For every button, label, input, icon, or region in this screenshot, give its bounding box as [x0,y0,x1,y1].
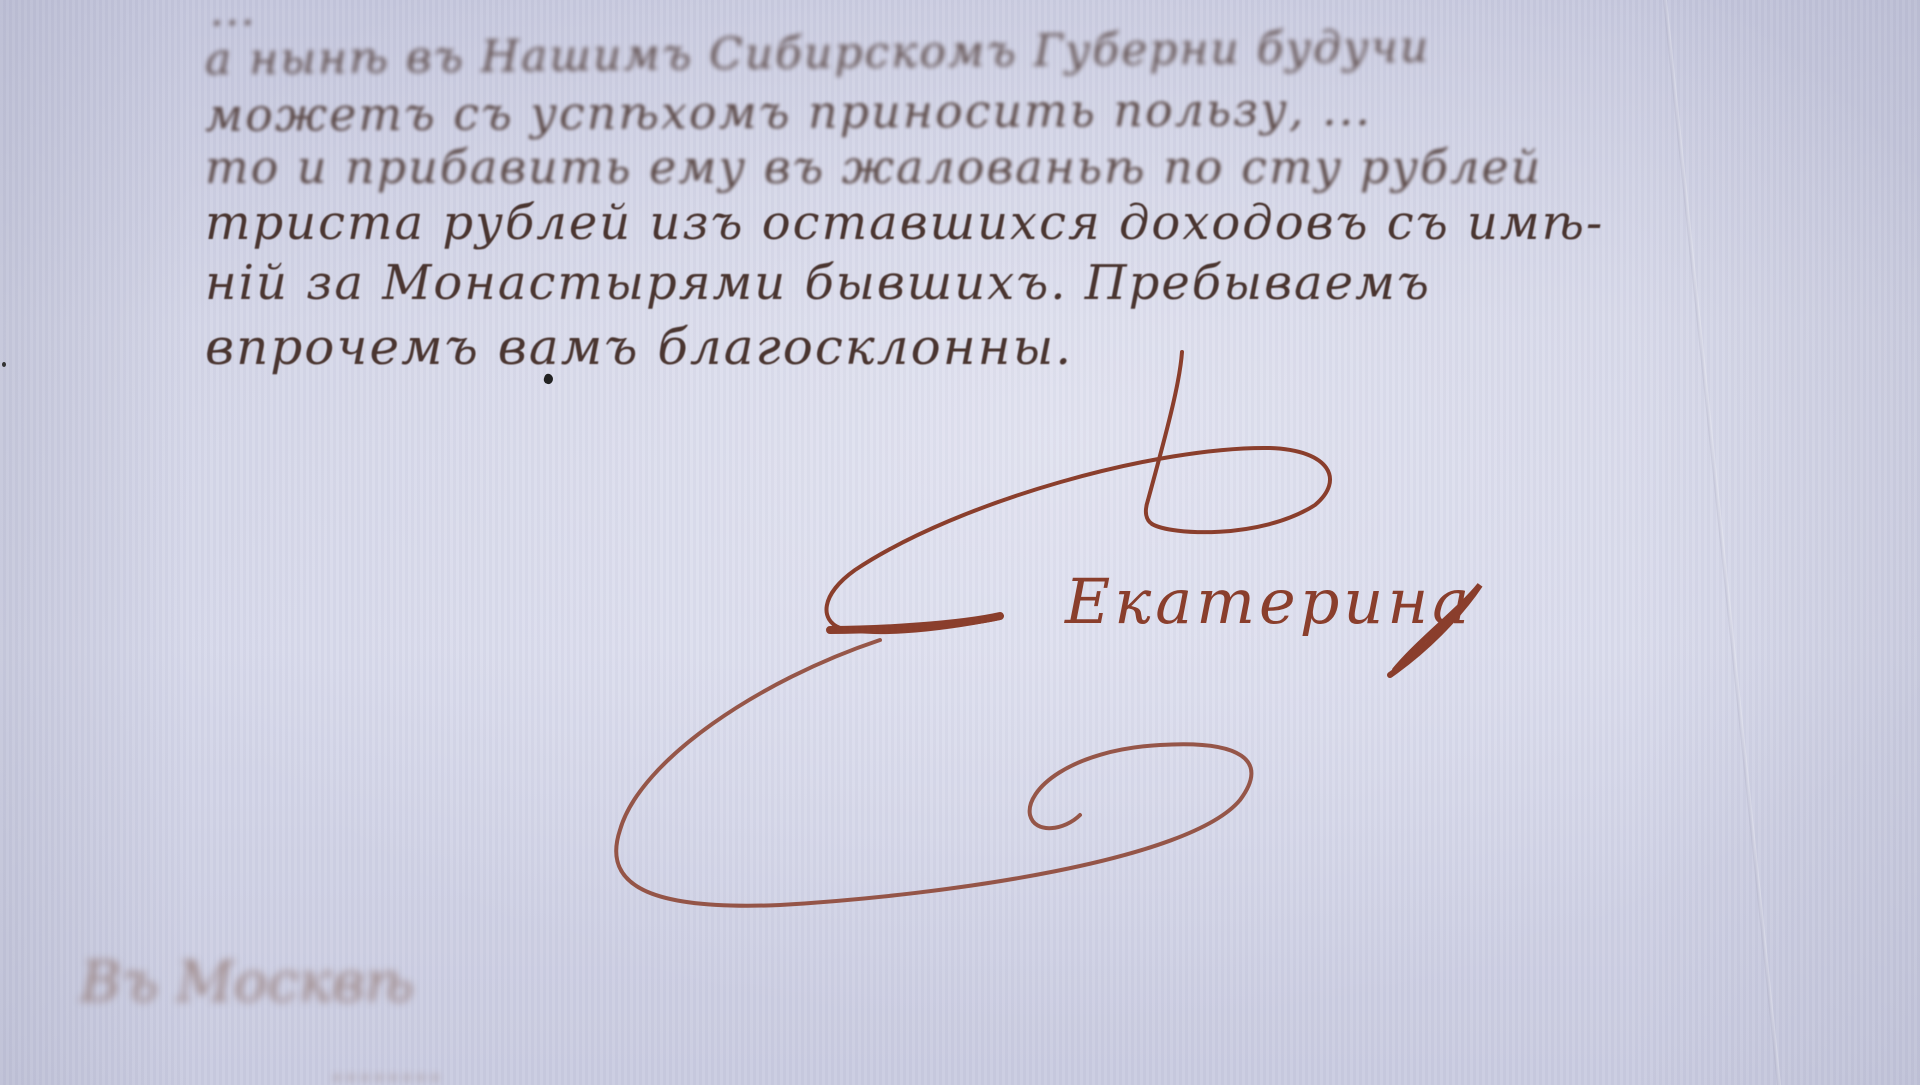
footer-faded-line-1: Въ Москвѣ [80,950,414,1015]
signature-flourish-icon [0,0,1920,1085]
signature: Екатерина [0,0,1920,1085]
footer-faded-line-2: ........ [330,1040,442,1085]
signature-text: Екатерина [1065,565,1473,638]
